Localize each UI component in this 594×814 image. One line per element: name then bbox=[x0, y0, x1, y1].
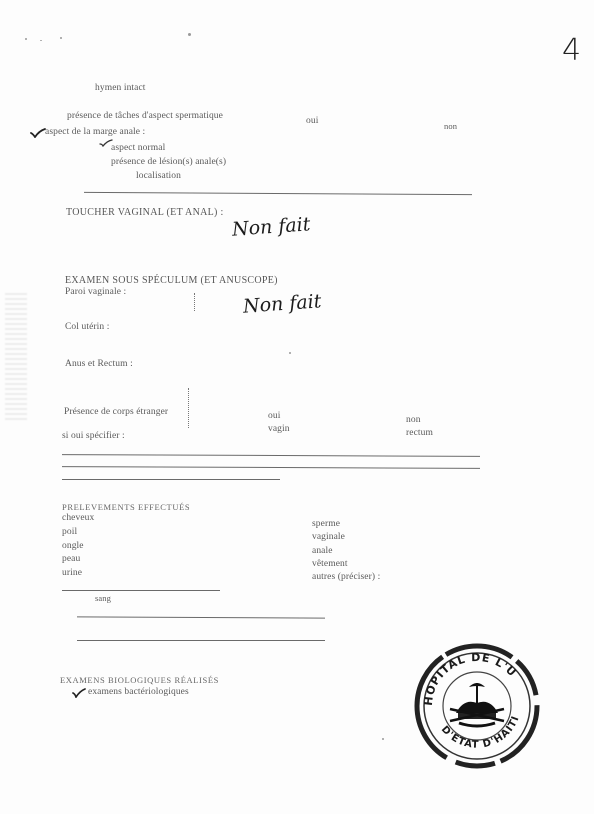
bio-exams-title: EXAMENS BIOLOGIQUES RÉALISÉS bbox=[60, 676, 219, 685]
cervix-label: Col utérin : bbox=[65, 323, 109, 333]
answer-line bbox=[62, 466, 480, 469]
answer-line bbox=[77, 616, 325, 618]
bacterio-label: examens bactériologiques bbox=[88, 688, 189, 698]
sample-item: autres (préciser) : bbox=[312, 573, 380, 583]
coat-of-arms-icon bbox=[450, 683, 504, 726]
foreign-body-no: non bbox=[406, 416, 421, 426]
foreign-body-label: Présence de corps étranger bbox=[64, 408, 168, 418]
anal-margin-label: aspect de la marge anale : bbox=[45, 128, 145, 138]
speculum-exam-title: EXAMEN SOUS SPÉCULUM (ET ANUSCOPE) bbox=[65, 276, 278, 286]
dotted-divider bbox=[188, 388, 189, 428]
anal-normal-label: aspect normal bbox=[111, 144, 165, 154]
sample-item: peau bbox=[62, 555, 80, 565]
checkmark-icon bbox=[72, 688, 86, 698]
answer-line bbox=[62, 479, 280, 480]
foreign-body-vagina: vagin bbox=[268, 425, 290, 435]
dotted-divider bbox=[194, 293, 195, 311]
answer-line bbox=[62, 590, 220, 591]
sample-item: poil bbox=[62, 528, 77, 538]
speculum-exam-handwritten: Non fait bbox=[242, 292, 322, 316]
scan-speck bbox=[382, 738, 384, 740]
anal-lesions-label: présence de lésion(s) anale(s) bbox=[111, 158, 226, 168]
anus-rectum-label: Anus et Rectum : bbox=[65, 360, 133, 370]
scan-speck bbox=[25, 38, 27, 40]
vaginal-wall-label: Paroi vaginale : bbox=[65, 288, 126, 298]
page-number: 4 bbox=[562, 36, 581, 66]
hospital-stamp: HOPITAL DE L'U D'ETAT D'HAITI bbox=[414, 643, 540, 769]
scan-speck bbox=[40, 40, 42, 41]
sample-item: cheveux bbox=[62, 514, 94, 524]
scan-noise bbox=[5, 290, 27, 420]
sample-item: vêtement bbox=[312, 560, 348, 570]
sample-item: sperme bbox=[312, 520, 340, 530]
sample-item: anale bbox=[312, 547, 333, 557]
scan-speck bbox=[188, 33, 191, 36]
hymen-label: hymen intact bbox=[95, 84, 146, 94]
divider-line bbox=[84, 192, 472, 195]
foreign-body-rectum: rectum bbox=[406, 429, 433, 439]
sperm-stains-label: présence de tâches d'aspect spermatique bbox=[67, 112, 223, 122]
specify-label: si oui spécifier : bbox=[62, 432, 125, 442]
samples-title: PRELEVEMENTS EFFECTUÉS bbox=[62, 503, 190, 512]
vaginal-exam-handwritten: Non fait bbox=[231, 215, 311, 239]
sample-item: ongle bbox=[62, 542, 84, 552]
localisation-label: localisation bbox=[136, 172, 181, 182]
vaginal-exam-title: TOUCHER VAGINAL (ET ANAL) : bbox=[66, 208, 224, 218]
scan-speck bbox=[289, 352, 291, 354]
sample-item: urine bbox=[62, 569, 82, 579]
answer-line bbox=[77, 640, 325, 641]
sample-item: vaginale bbox=[312, 533, 345, 543]
checkmark-icon bbox=[30, 128, 46, 138]
scan-speck bbox=[60, 37, 62, 39]
sperm-stains-no: non bbox=[444, 122, 457, 131]
answer-line bbox=[62, 454, 480, 457]
sperm-stains-yes: oui bbox=[306, 117, 318, 127]
blood-label: sang bbox=[95, 594, 111, 603]
foreign-body-yes: oui bbox=[268, 412, 280, 422]
